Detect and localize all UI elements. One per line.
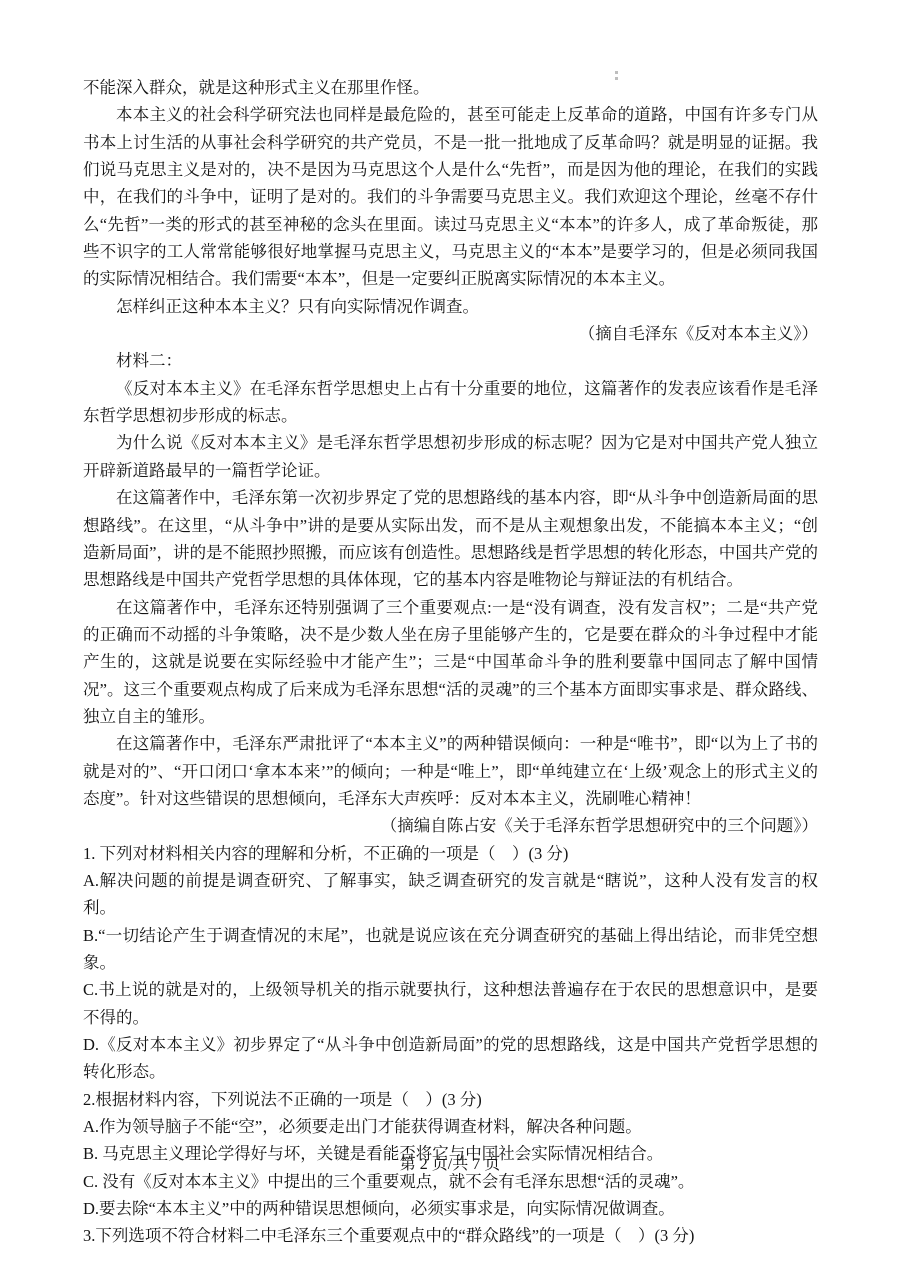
material-two-heading: 材料二： [83, 347, 818, 374]
material-two-paragraph-5: 在这篇著作中，毛泽东严肃批评了“本本主义”的两种错误倾向：一种是“唯书”，即“以… [83, 730, 818, 812]
question-1-stem: 1. 下列对材料相关内容的理解和分析，不正确的一项是（ ）(3 分) [83, 840, 818, 867]
question-1-option-d: D.《反对本本主义》初步界定了“从斗争中创造新局面”的党的思想路线，这是中国共产… [83, 1031, 818, 1086]
question-1-option-a: A.解决问题的前提是调查研究、了解事实，缺乏调查研究的发言就是“瞎说”，这种人没… [83, 867, 818, 922]
question-1-option-c: C.书上说的就是对的，上级领导机关的指示就要执行，这种想法普遍存在于农民的思想意… [83, 976, 818, 1031]
material-two-paragraph-3: 在这篇著作中，毛泽东第一次初步界定了党的思想路线的基本内容，即“从斗争中创造新局… [83, 484, 818, 593]
material-two-source: （摘编自陈占安《关于毛泽东哲学思想研究中的三个问题》） [83, 812, 818, 839]
document-body: 不能深入群众，就是这种形式主义在那里作怪。本本主义的社会科学研究法也同样是最危险… [83, 74, 818, 1250]
question-1-option-b: B.“一切结论产生于调查情况的末尾”，也就是说应该在充分调查研究的基础上得出结论… [83, 922, 818, 977]
material-two-paragraph-4: 在这篇著作中，毛泽东还特别强调了三个重要观点:一是“没有调查，没有发言权”；二是… [83, 594, 818, 731]
material-two-paragraph-2: 为什么说《反对本本主义》是毛泽东哲学思想初步形成的标志呢？因为它是对中国共产党人… [83, 429, 818, 484]
page-number: 第 2 页/共 7 页 [0, 1151, 900, 1174]
material-two-paragraph-1: 《反对本本主义》在毛泽东哲学思想史上占有十分重要的地位，这篇著作的发表应该看作是… [83, 375, 818, 430]
exam-page: 不能深入群众，就是这种形式主义在那里作怪。本本主义的社会科学研究法也同样是最危险… [0, 0, 900, 1273]
question-3-stem: 3.下列选项不符合材料二中毛泽东三个重要观点中的“群众路线”的一项是（ ）(3 … [83, 1222, 818, 1249]
question-2-option-a: A.作为领导脑子不能“空”，必须要走出门才能获得调查材料，解决各种问题。 [83, 1113, 818, 1140]
material-one-source: （摘自毛泽东《反对本本主义》） [83, 320, 818, 347]
body-continuation-line: 不能深入群众，就是这种形式主义在那里作怪。 [83, 74, 818, 101]
question-2-stem: 2.根据材料内容，下列说法不正确的一项是（ ）(3 分) [83, 1086, 818, 1113]
material-one-paragraph: 本本主义的社会科学研究法也同样是最危险的，甚至可能走上反革命的道路，中国有许多专… [83, 101, 818, 292]
question-2-option-d: D.要去除“本本主义”中的两种错误思想倾向，必须实事求是，向实际情况做调查。 [83, 1195, 818, 1222]
material-one-closing: 怎样纠正这种本本主义？只有向实际情况作调查。 [83, 293, 818, 320]
